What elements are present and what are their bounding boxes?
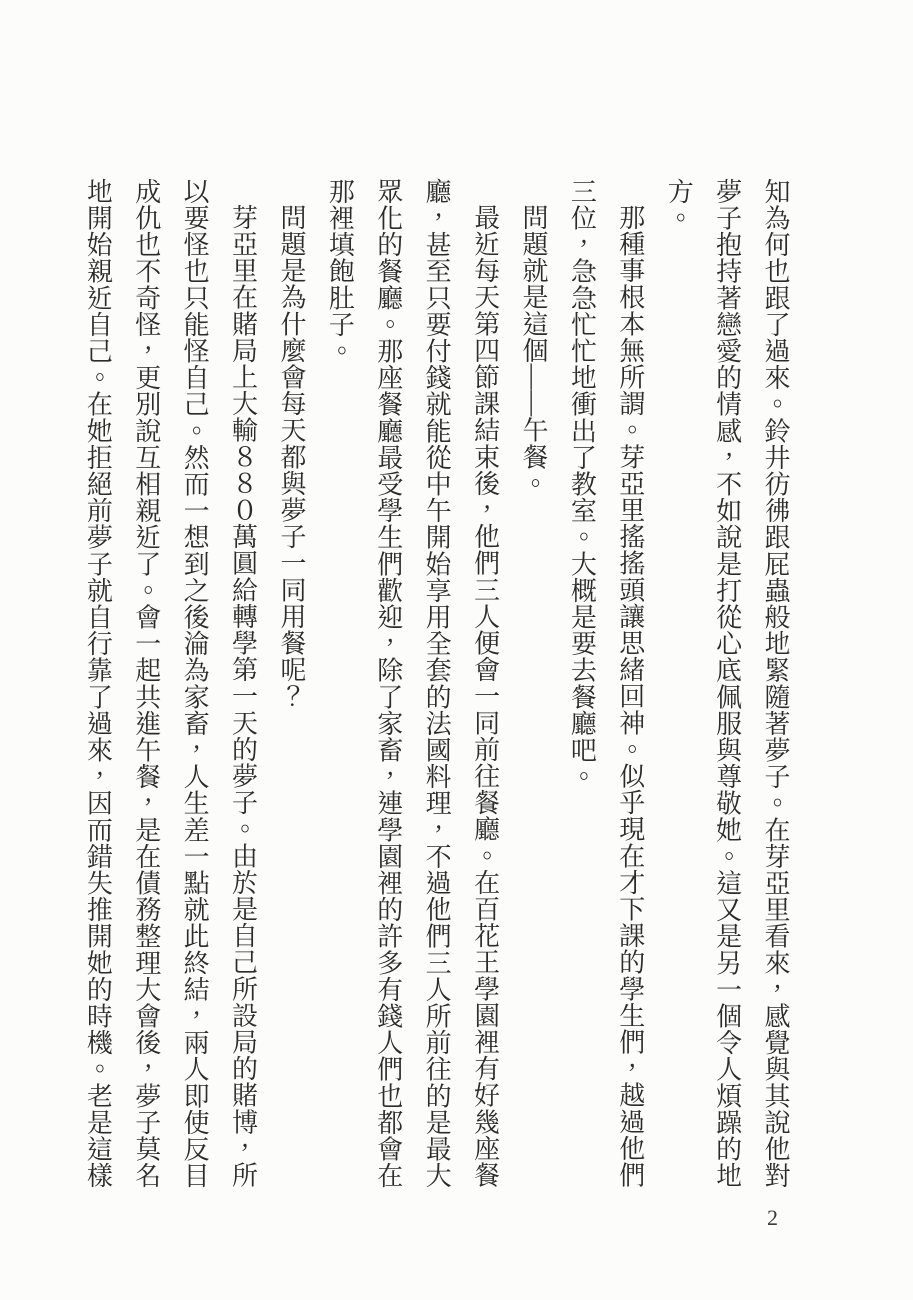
page-text: 知為何也跟了過來。鈴井彷彿跟屁蟲般地緊隨著夢子。在芽亞里看來，感覺與其說他對夢子… — [69, 178, 799, 1192]
paragraph-6: 芽亞里在賭局上大輸８８０萬圓給轉學第一天的夢子。由於是自己所設局的賭博，所以要怪… — [73, 178, 267, 1192]
paragraph-2: 那種事根本無所謂。芽亞里搖搖頭讓思緒回神。似乎現在才下課的學生們，越過他們三位，… — [557, 178, 654, 1192]
paragraph-4: 最近每天第四節課結束後，他們三人便會一同前往餐廳。在百花王學園裡有好幾座餐廳，甚… — [315, 178, 509, 1192]
paragraph-5: 問題是為什麼會每天都與夢子一同用餐呢？ — [267, 178, 315, 1192]
page-number: 2 — [767, 1205, 778, 1231]
book-page: 知為何也跟了過來。鈴井彷彿跟屁蟲般地緊隨著夢子。在芽亞里看來，感覺與其說他對夢子… — [0, 0, 913, 1300]
paragraph-3: 問題就是這個——午餐。 — [509, 178, 557, 1192]
paragraph-1: 知為何也跟了過來。鈴井彷彿跟屁蟲般地緊隨著夢子。在芽亞里看來，感覺與其說他對夢子… — [654, 178, 799, 1192]
